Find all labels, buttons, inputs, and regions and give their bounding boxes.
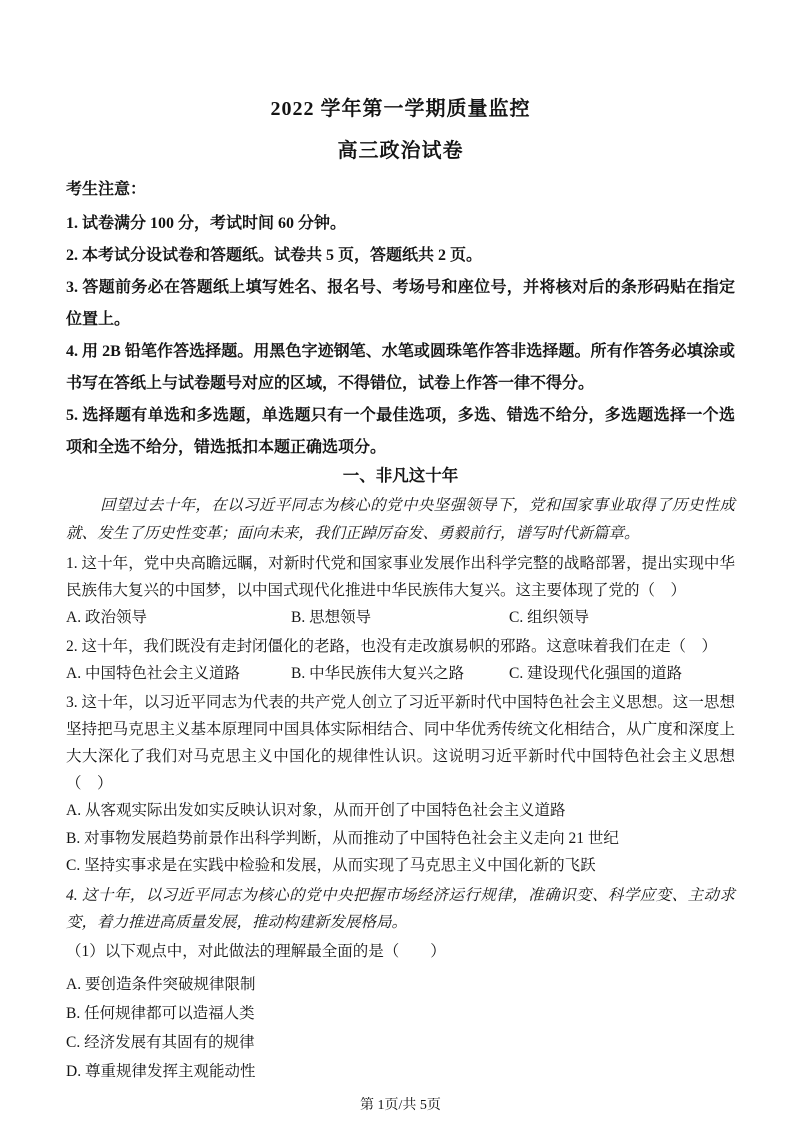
question-1-stem: 1. 这十年，党中央高瞻远瞩，对新时代党和国家事业发展作出科学完整的战略部署，提… — [66, 550, 735, 604]
question-4-option-b: B. 任何规律都可以造福人类 — [66, 999, 735, 1028]
question-3: 3. 这十年，以习近平同志为代表的共产党人创立了习近平新时代中国特色社会主义思想… — [66, 689, 735, 880]
question-3-option-b: B. 对事物发展趋势前景作出科学判断，从而推动了中国特色社会主义走向 21 世纪 — [66, 825, 735, 853]
question-2-option-a: A. 中国特色社会主义道路 — [66, 660, 291, 687]
question-2-option-b: B. 中华民族伟大复兴之路 — [291, 660, 509, 687]
question-1-option-c: C. 组织领导 — [509, 604, 735, 631]
notice-item-1: 1. 试卷满分 100 分，考试时间 60 分钟。 — [66, 208, 735, 240]
question-4: 4. 这十年，以习近平同志为核心的党中央把握市场经济运行规律，准确识变、科学应变… — [66, 882, 735, 1086]
question-4-sub-stem: （1）以下观点中，对此做法的理解最全面的是（ ） — [66, 938, 735, 966]
notice-item-2: 2. 本考试分设试卷和答题纸。试卷共 5 页，答题纸共 2 页。 — [66, 240, 735, 272]
question-4-option-c: C. 经济发展有其固有的规律 — [66, 1028, 735, 1057]
page-number-footer: 第 1页/共 5页 — [66, 1096, 735, 1116]
section-intro-paragraph: 回望过去十年，在以习近平同志为核心的党中央坚强领导下，党和国家事业取得了历史性成… — [66, 492, 735, 548]
question-4-option-a: A. 要创造条件突破规律限制 — [66, 970, 735, 999]
question-4-stem: 4. 这十年，以习近平同志为核心的党中央把握市场经济运行规律，准确识变、科学应变… — [66, 882, 735, 936]
question-1: 1. 这十年，党中央高瞻远瞩，对新时代党和国家事业发展作出科学完整的战略部署，提… — [66, 550, 735, 631]
question-2: 2. 这十年，我们既没有走封闭僵化的老路，也没有走改旗易帜的邪路。这意味着我们在… — [66, 633, 735, 687]
question-1-options: A. 政治领导 B. 思想领导 C. 组织领导 — [66, 604, 735, 631]
notice-item-5: 5. 选择题有单选和多选题，单选题只有一个最佳选项，多选、错选不给分，多选题选择… — [66, 400, 735, 464]
question-1-option-a: A. 政治领导 — [66, 604, 291, 631]
notice-item-3: 3. 答题前务必在答题纸上填写姓名、报名号、考场号和座位号，并将核对后的条形码贴… — [66, 272, 735, 336]
notice-section: 考生注意： 1. 试卷满分 100 分，考试时间 60 分钟。 2. 本考试分设… — [66, 178, 735, 464]
notice-header: 考生注意： — [66, 178, 735, 202]
question-3-stem: 3. 这十年，以习近平同志为代表的共产党人创立了习近平新时代中国特色社会主义思想… — [66, 689, 735, 797]
question-2-options: A. 中国特色社会主义道路 B. 中华民族伟大复兴之路 C. 建设现代化强国的道… — [66, 660, 735, 687]
exam-title: 2022 学年第一学期质量监控 — [66, 96, 735, 122]
exam-paper-page: 2022 学年第一学期质量监控 高三政治试卷 考生注意： 1. 试卷满分 100… — [0, 0, 793, 1122]
notice-item-4: 4. 用 2B 铅笔作答选择题。用黑色字迹钢笔、水笔或圆珠笔作答非选择题。所有作… — [66, 336, 735, 400]
question-2-option-c: C. 建设现代化强国的道路 — [509, 660, 735, 687]
question-3-option-a: A. 从客观实际出发如实反映认识对象，从而开创了中国特色社会主义道路 — [66, 797, 735, 825]
question-2-stem: 2. 这十年，我们既没有走封闭僵化的老路，也没有走改旗易帜的邪路。这意味着我们在… — [66, 633, 735, 660]
exam-subtitle: 高三政治试卷 — [66, 138, 735, 164]
question-3-option-c: C. 坚持实事求是在实践中检验和发展，从而实现了马克思主义中国化新的飞跃 — [66, 852, 735, 880]
question-4-option-d: D. 尊重规律发挥主观能动性 — [66, 1057, 735, 1086]
section-heading: 一、非凡这十年 — [66, 464, 735, 488]
question-1-option-b: B. 思想领导 — [291, 604, 509, 631]
